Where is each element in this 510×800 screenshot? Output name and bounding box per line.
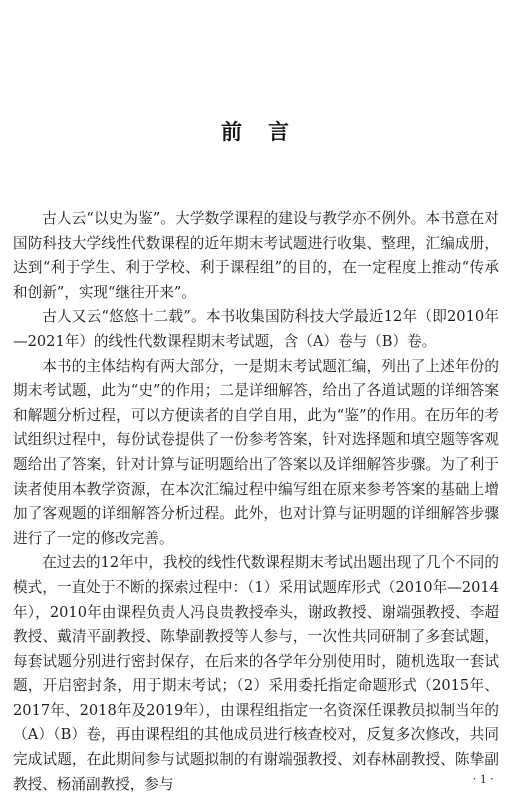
paragraph: 本书的主体结构有两大部分，一是期末考试题汇编，列出了上述年份的期末考试题，此为“… xyxy=(13,355,499,552)
title-char-1: 前 xyxy=(221,116,242,146)
title-char-2: 言 xyxy=(268,116,289,146)
page-number: · 1 · xyxy=(472,771,494,787)
paragraph: 在过去的12年中，我校的线性代数课程期末考试出题出现了几个不同的模式，一直处于不… xyxy=(13,551,499,797)
paragraph: 古人又云“悠悠十二载”。本书收集国防科技大学最近12年（即2010年—2021年… xyxy=(13,305,499,354)
document-page: 前言 古人云“以史为鉴”。大学数学课程的建设与教学亦不例外。本书意在对国防科技大… xyxy=(0,0,510,800)
preface-body: 古人云“以史为鉴”。大学数学课程的建设与教学亦不例外。本书意在对国防科技大学线性… xyxy=(13,207,499,797)
page-title: 前言 xyxy=(0,116,510,146)
paragraph: 古人云“以史为鉴”。大学数学课程的建设与教学亦不例外。本书意在对国防科技大学线性… xyxy=(13,207,499,305)
